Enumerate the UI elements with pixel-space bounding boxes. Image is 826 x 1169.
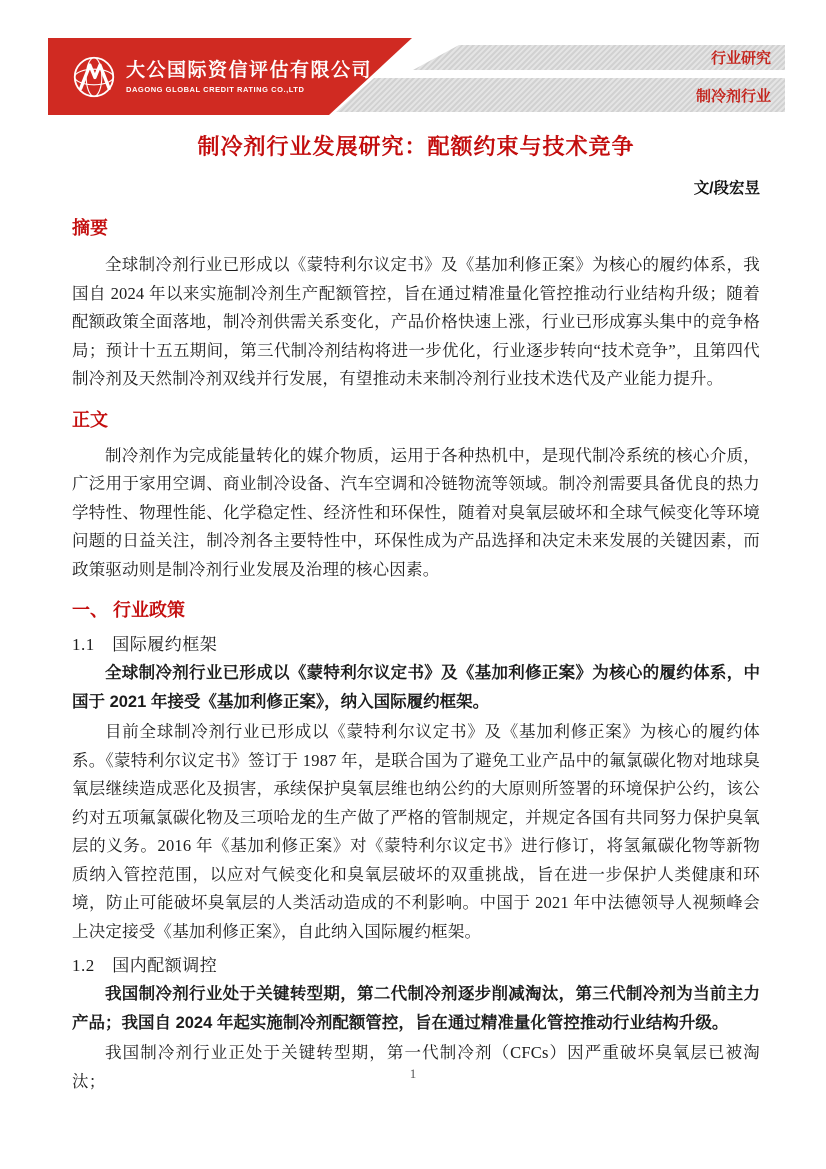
byline: 文/段宏昱: [72, 178, 760, 200]
tag-bar-refrigerant-industry: 制冷剂行业: [336, 78, 785, 112]
company-logo-text: 大公国际资信评估有限公司 DAGONG GLOBAL CREDIT RATING…: [126, 60, 372, 94]
subsection-1-1-heading: 1.1 国际履约框架: [72, 633, 760, 657]
company-name-en: DAGONG GLOBAL CREDIT RATING CO.,LTD: [126, 85, 372, 94]
article-content: 制冷剂行业发展研究：配额约束与技术竞争 文/段宏昱 摘要 全球制冷剂行业已形成以…: [72, 132, 760, 1096]
abstract-heading: 摘要: [72, 216, 760, 241]
abstract-paragraph: 全球制冷剂行业已形成以《蒙特利尔议定书》及《基加利修正案》为核心的履约体系，我国…: [72, 251, 760, 394]
subsection-1-1-body-paragraph: 目前全球制冷剂行业已形成以《蒙特利尔议定书》及《基加利修正案》为核心的履约体系。…: [72, 718, 760, 946]
tag-bar-industry-research: 行业研究: [413, 45, 785, 70]
section-1-heading: 一、 行业政策: [72, 598, 760, 623]
subsection-1-2-heading: 1.2 国内配额调控: [72, 954, 760, 978]
page-number: 1: [0, 1066, 826, 1082]
main-body-heading: 正文: [72, 408, 760, 433]
subsection-1-1-lead-paragraph: 全球制冷剂行业已形成以《蒙特利尔议定书》及《基加利修正案》为核心的履约体系，中国…: [72, 659, 760, 716]
globe-peaks-icon: [72, 55, 116, 99]
tag-refrigerant-industry-label: 制冷剂行业: [696, 85, 771, 106]
main-intro-paragraph: 制冷剂作为完成能量转化的媒介物质，运用于各种热机中，是现代制冷系统的核心介质，广…: [72, 442, 760, 585]
report-page: 大公国际资信评估有限公司 DAGONG GLOBAL CREDIT RATING…: [0, 0, 826, 1169]
subsection-1-2-lead-paragraph: 我国制冷剂行业处于关键转型期，第二代制冷剂逐步削减淘汰，第三代制冷剂为当前主力产…: [72, 980, 760, 1037]
article-title: 制冷剂行业发展研究：配额约束与技术竞争: [72, 132, 760, 162]
tag-industry-research-label: 行业研究: [711, 47, 771, 68]
company-name-cn: 大公国际资信评估有限公司: [126, 60, 372, 82]
